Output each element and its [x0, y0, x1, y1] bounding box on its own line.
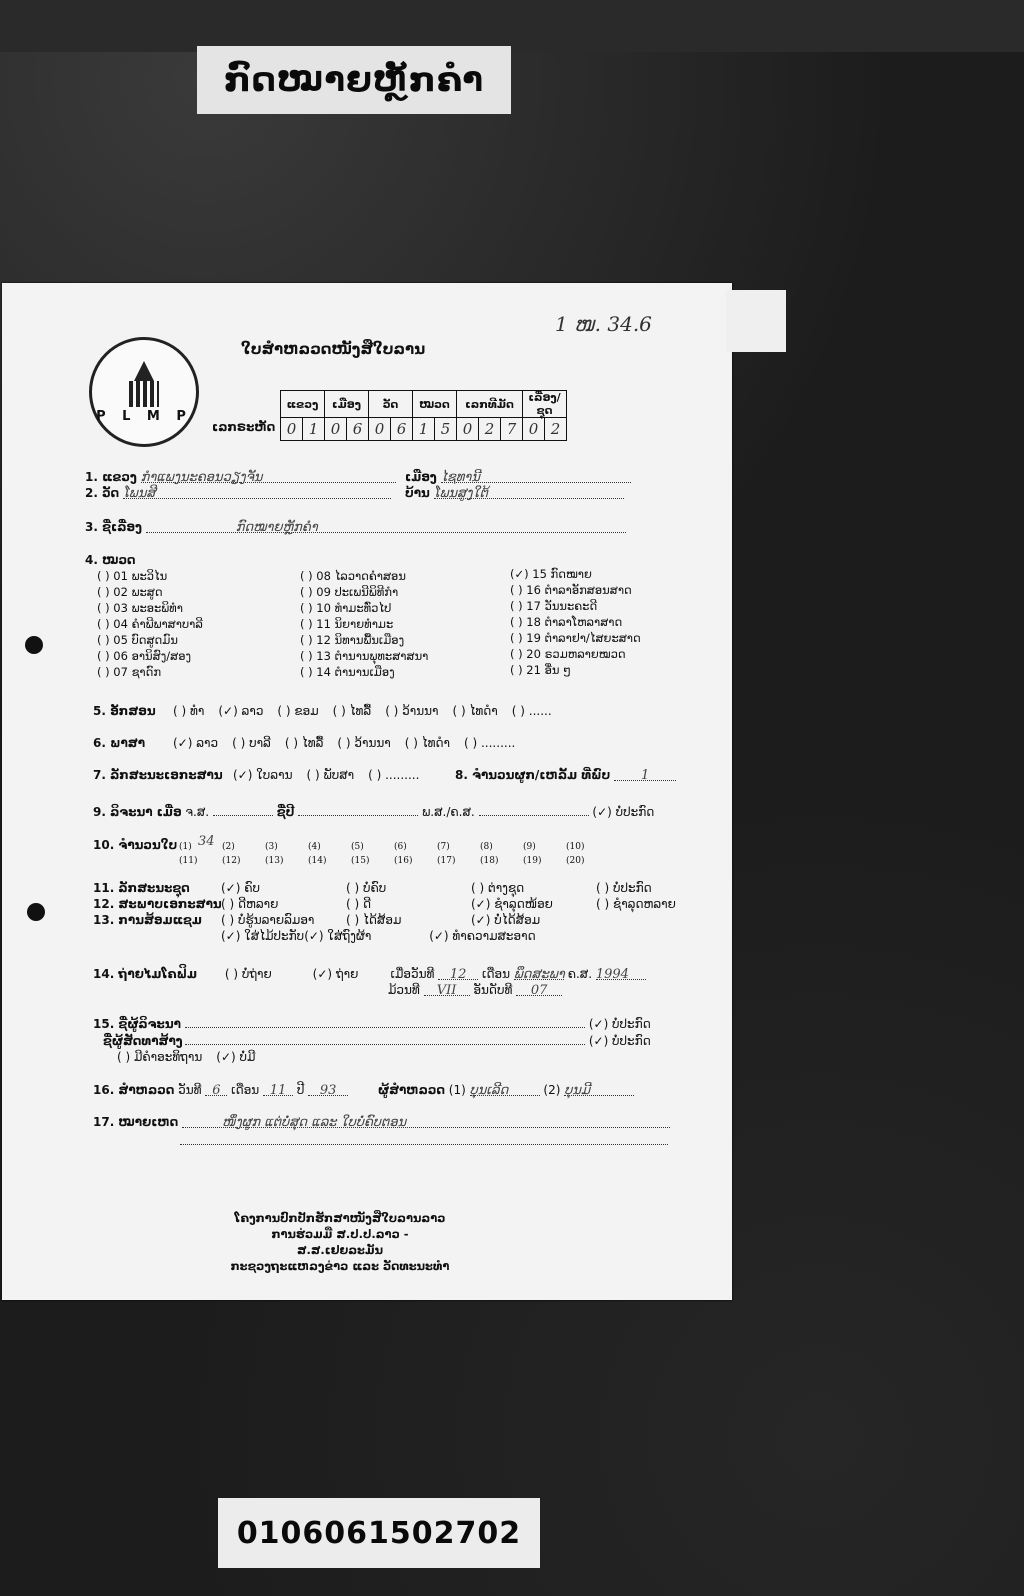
script-option[interactable]: ( ) ...... [512, 704, 552, 718]
language-option[interactable]: ( ) ວ້ານນາ [337, 736, 390, 750]
leaf-count-slot[interactable]: (20) [566, 856, 609, 866]
manuscript-id-label: 0106061502702 [218, 1498, 540, 1568]
category-option[interactable]: ( ) 10 ທຳມະທົ່ວໄປ [300, 600, 428, 616]
category-option[interactable]: ( ) 20 ຣວມຫລາຍໝວດ [510, 646, 641, 662]
category-option[interactable]: (✓) 15 ກົດໝາຍ [510, 566, 641, 582]
leaves-value: 34 [198, 834, 215, 849]
material-option[interactable]: ( ) ......... [368, 768, 419, 782]
leaf-count-slot[interactable]: (9) [523, 842, 566, 852]
leaf-count-slot[interactable]: (10) [566, 842, 609, 852]
author-unknown-checkbox[interactable]: (✓) ບໍ່ປະກົດ [589, 1017, 651, 1031]
leaf-count-slot[interactable]: (15) [351, 856, 394, 866]
code-header: ເລື່ອງ/ຊຸດ [523, 391, 567, 418]
handwritten-reference: 1 ໜ. 34.6 [555, 312, 652, 336]
script-option[interactable]: ( ) ວ້ານນາ [385, 704, 438, 718]
category-option[interactable]: ( ) 13 ຕຳນານພຸທະສາສນາ [300, 648, 428, 664]
category-option[interactable]: ( ) 04 ຄຳພີພາສາບາລີ [97, 616, 203, 632]
code-digit: 0 [325, 418, 347, 441]
province-value[interactable]: ກຳແພງນະຄອນວຽງຈັນ [141, 470, 396, 483]
page-tab [726, 290, 786, 352]
leaf-count-slot[interactable]: (19) [523, 856, 566, 866]
material-option[interactable]: (✓) ໃບລານ [233, 768, 292, 782]
microfilm-row: 14. ຖ່າຍໄມໂຄຟິມ ( ) ບໍ່ຖ່າຍ (✓) ຖ່າຍ ເມື… [93, 967, 646, 981]
field-village: ບ້ານ ໂພນສູງໃຕ້ [405, 486, 624, 500]
script-option[interactable]: ( ) ໄທດຳ [453, 704, 498, 718]
category-option[interactable]: ( ) 05 ບົດສູດມົນ [97, 632, 203, 648]
temple-value[interactable]: ໂພນສີ [123, 486, 391, 499]
remarks-row: 17. ໝາຍເຫດ ໜຶ່ງຜູກ ແຕ່ບໍ່ສຸດ ແລະ ໃບບໍ່ຄົ… [93, 1115, 670, 1129]
leaf-count-slot[interactable]: (18) [480, 856, 523, 866]
remarks-line-2[interactable] [180, 1132, 668, 1145]
conservation-option[interactable]: ( ) ໄດ້ສ້ອມ [346, 912, 471, 928]
category-col-3: (✓) 15 ກົດໝາຍ( ) 16 ຕຳລາອັກສອນສາດ( ) 17 … [510, 566, 641, 678]
category-option[interactable]: ( ) 18 ຕຳລາໂຫລາສາດ [510, 614, 641, 630]
category-col-2: ( ) 08 ໄລວາດຄຳສອນ( ) 09 ປະເພນີພິທີກຳ( ) … [300, 568, 428, 680]
year-name-field[interactable] [298, 803, 418, 816]
code-digit: 7 [501, 418, 523, 441]
prayer-yes-checkbox[interactable]: ( ) ມີຄຳອະທິຖານ [117, 1049, 202, 1065]
state-option[interactable]: ( ) ຊຳລຸດຫລາຍ [596, 896, 676, 912]
logo-text: P L M P [96, 409, 192, 424]
code-header: ໝວດ [413, 391, 457, 418]
code-digit: 1 [413, 418, 435, 441]
prayer-no-checkbox[interactable]: (✓) ບໍ່ມີ [216, 1049, 255, 1065]
code-header: ເມືອງ [325, 391, 369, 418]
code-digit: 0 [281, 418, 303, 441]
village-value[interactable]: ໂພນສູງໃຕ້ [434, 486, 624, 499]
field-temple: 2. ວັດ ໂພນສີ [85, 486, 391, 500]
leaf-count-slot[interactable]: (12) [222, 856, 265, 866]
language-row: 6. ພາສາ(✓) ລາວ( ) ບາລີ( ) ໄທລື້( ) ວ້ານນ… [93, 736, 529, 750]
script-option[interactable]: ( ) ໄທລື້ [333, 704, 372, 718]
code-digit: 0 [523, 418, 545, 441]
condition-option[interactable]: ( ) ບໍ່ຄົບ [346, 880, 471, 896]
leaf-count-slot[interactable]: (17) [437, 856, 480, 866]
sponsor-unknown-checkbox[interactable]: (✓) ບໍ່ປະກົດ [589, 1034, 651, 1048]
category-option[interactable]: ( ) 01 ພະວິໄນ [97, 568, 203, 584]
leaf-count-slot[interactable]: (3) [265, 842, 308, 852]
code-digit: 2 [545, 418, 567, 441]
conservation-option[interactable]: ( ) ບໍ່ຮູ້ນລາຍລົມອາ [221, 912, 346, 928]
field-district: ເມືອງ ໄຊທານີ [405, 470, 631, 484]
copies-row: 8. ຈຳນວນຜູກ/ເຫລັ້ມ ທີ່ພົບ 1 [455, 768, 676, 782]
language-option[interactable]: ( ) ໄທດຳ [405, 736, 450, 750]
remarks-value[interactable]: ໜຶ່ງຜູກ ແຕ່ບໍ່ສຸດ ແລະ ໃບບໍ່ຄົບຕອນ [182, 1115, 670, 1128]
author-field[interactable] [185, 1015, 585, 1028]
category-option[interactable]: ( ) 07 ຊາດົກ [97, 664, 203, 680]
material-option[interactable]: ( ) ພັບສາ [306, 768, 354, 782]
code-digit: 0 [457, 418, 479, 441]
category-option[interactable]: ( ) 02 ພະສູດ [97, 584, 203, 600]
code-header: ເລກທີມັດ [457, 391, 523, 418]
language-option[interactable]: ( ) ໄທລື້ [285, 736, 324, 750]
survey-row: 16. ສຳຫລວດ ວັນທີ 6 ເດືອນ 11 ປີ 93 ຜູ້ສຳຫ… [93, 1083, 634, 1097]
code-header: ແຂວງ [281, 391, 325, 418]
filmed-checkbox[interactable]: (✓) ຖ່າຍ [313, 967, 373, 981]
category-option[interactable]: ( ) 09 ປະເພນີພິທີກຳ [300, 584, 428, 600]
leaves-row-2: (11)(12)(13)(14)(15)(16)(17)(18)(19)(20) [179, 852, 609, 866]
field-title: 3. ຊື່ເລື່ອງ ກົດໝາຍຫຼັກຄຳ [85, 520, 626, 534]
state-option[interactable]: (✓) ຊຳລຸດໜ້ອຍ [471, 896, 596, 912]
roll-row: ມ້ວນທີ VII ອັນດັບທີ 07 [388, 983, 562, 997]
punch-hole-icon [25, 636, 43, 654]
code-digit: 6 [391, 418, 413, 441]
sponsor-field[interactable] [185, 1032, 585, 1045]
condition-option[interactable]: ( ) ຕ່າງຊຸດ [471, 880, 596, 896]
conservation-option[interactable]: (✓) ບໍ່ໄດ້ສ້ອມ [471, 912, 596, 928]
code-table: ແຂວງ ເມືອງ ວັດ ໝວດ ເລກທີມັດ ເລື່ອງ/ຊຸດ 0… [280, 390, 567, 441]
title-value[interactable]: ກົດໝາຍຫຼັກຄຳ [146, 520, 626, 533]
category-option[interactable]: ( ) 11 ນິຍາຍທຳມະ [300, 616, 428, 632]
language-option[interactable]: ( ) ບາລີ [232, 736, 271, 750]
condition-option[interactable]: ( ) ບໍ່ປະກົດ [596, 880, 652, 896]
form-footer: ໂຄງການປົກປັກຮັກສາໜັງສືໃບລານລາວ ການຮ່ວມມື… [230, 1210, 450, 1274]
condition-block: 11. ລັກສະນະຊຸດ(✓) ຄົບ( ) ບໍ່ຄົບ( ) ຕ່າງຊ… [93, 880, 676, 944]
code-label: ເລກຣະຫັດ [212, 420, 275, 434]
form-title: ໃບສຳຫລວດໜັງສືໃບລານ [241, 340, 425, 358]
language-option[interactable]: ( ) ......... [464, 736, 515, 750]
leaf-count-slot[interactable]: (14) [308, 856, 351, 866]
code-digit: 6 [347, 418, 369, 441]
code-header: ວັດ [369, 391, 413, 418]
be-field[interactable] [479, 803, 589, 816]
category-label: 4. ໝວດ [85, 553, 135, 567]
people-block: 15. ຊື່ຜູ້ລິຈະນາ (✓) ບໍ່ປະກົດ ຊື່ຜູ້ສັດທ… [93, 1015, 651, 1065]
temple-seal-icon: P L M P [89, 337, 199, 447]
unknown-checkbox[interactable]: (✓) ບໍ່ປະກົດ [592, 805, 654, 819]
not-filmed-checkbox[interactable]: ( ) ບໍ່ຖ່າຍ [225, 967, 295, 981]
leaf-count-slot[interactable]: (4) [308, 842, 351, 852]
category-option[interactable]: ( ) 03 ພະອະພິທຳ [97, 600, 203, 616]
leaf-count-slot[interactable]: (2) [222, 842, 265, 852]
category-option[interactable]: ( ) 16 ຕຳລາອັກສອນສາດ [510, 582, 641, 598]
conservation-option[interactable]: (✓) ໃສ່ໄມ້ປະກັບ [221, 928, 304, 944]
conservation-option[interactable]: (✓) ທຳຄວາມສະອາດ [429, 928, 554, 944]
code-digit: 5 [435, 418, 457, 441]
script-option[interactable]: ( ) ຂອມ [277, 704, 318, 718]
written-row: 9. ລິຈະນາ ເມື່ອ ຈ.ສ. ຊື່ປີ ພ.ສ./ຄ.ສ. (✓)… [93, 803, 654, 819]
code-digit: 1 [303, 418, 325, 441]
code-digit: 0 [369, 418, 391, 441]
category-option[interactable]: ( ) 12 ນິທານພື້ນເມືອງ [300, 632, 428, 648]
district-value[interactable]: ໄຊທານີ [441, 470, 631, 483]
category-option[interactable]: ( ) 17 ວັນນະຄະດີ [510, 598, 641, 614]
category-col-1: ( ) 01 ພະວິໄນ( ) 02 ພະສູດ( ) 03 ພະອະພິທຳ… [97, 568, 203, 680]
film-edge [0, 0, 1024, 52]
condition-option[interactable]: (✓) ຄົບ [221, 880, 346, 896]
leaf-count-slot[interactable]: (16) [394, 856, 437, 866]
code-digit: 2 [479, 418, 501, 441]
leaf-count-slot[interactable]: (8) [480, 842, 523, 852]
leaves-row: 10. ຈຳນວນໃບ(1)(2)(3)(4)(5)(6)(7)(8)(9)(1… [93, 838, 609, 852]
field-province: 1. ແຂວງ ກຳແພງນະຄອນວຽງຈັນ [85, 470, 396, 484]
category-option[interactable]: ( ) 19 ຕຳລາຢາ/ໄສຍະສາດ [510, 630, 641, 646]
material-row: 7. ລັກສະນະເອກະສານ(✓) ໃບລານ( ) ພັບສາ( ) .… [93, 768, 433, 782]
copies-value[interactable]: 1 [614, 768, 676, 781]
leaf-count-slot[interactable]: (7) [437, 842, 480, 852]
punch-hole-icon [27, 903, 45, 921]
language-option[interactable]: (✓) ລາວ [173, 736, 218, 750]
header-label: ກົດໝາຍຫຼັກຄຳ [197, 46, 511, 114]
leaf-count-slot[interactable]: (5) [351, 842, 394, 852]
category-option[interactable]: ( ) 14 ຕຳນານເມືອງ [300, 664, 428, 680]
script-row: 5. ອັກສອນ( ) ທຳ(✓) ລາວ( ) ຂອມ( ) ໄທລື້( … [93, 704, 566, 718]
category-option[interactable]: ( ) 06 ອານິສົງ/ສອງ [97, 648, 203, 664]
script-option[interactable]: (✓) ລາວ [218, 704, 263, 718]
state-option[interactable]: ( ) ດີ [346, 896, 471, 912]
script-option[interactable]: ( ) ທຳ [173, 704, 204, 718]
temple-icon [125, 361, 163, 407]
leaf-count-slot[interactable]: (13) [265, 856, 308, 866]
category-option[interactable]: ( ) 08 ໄລວາດຄຳສອນ [300, 568, 428, 584]
leaf-count-slot[interactable]: (6) [394, 842, 437, 852]
leaf-count-slot[interactable]: (11) [179, 856, 222, 866]
conservation-option[interactable]: (✓) ໃສ່ຖົງຜ້າ [304, 928, 429, 944]
cs-field[interactable] [213, 803, 273, 816]
category-option[interactable]: ( ) 21 ອື່ນ ໆ [510, 662, 641, 678]
state-option[interactable]: ( ) ດີຫລາຍ [221, 896, 346, 912]
